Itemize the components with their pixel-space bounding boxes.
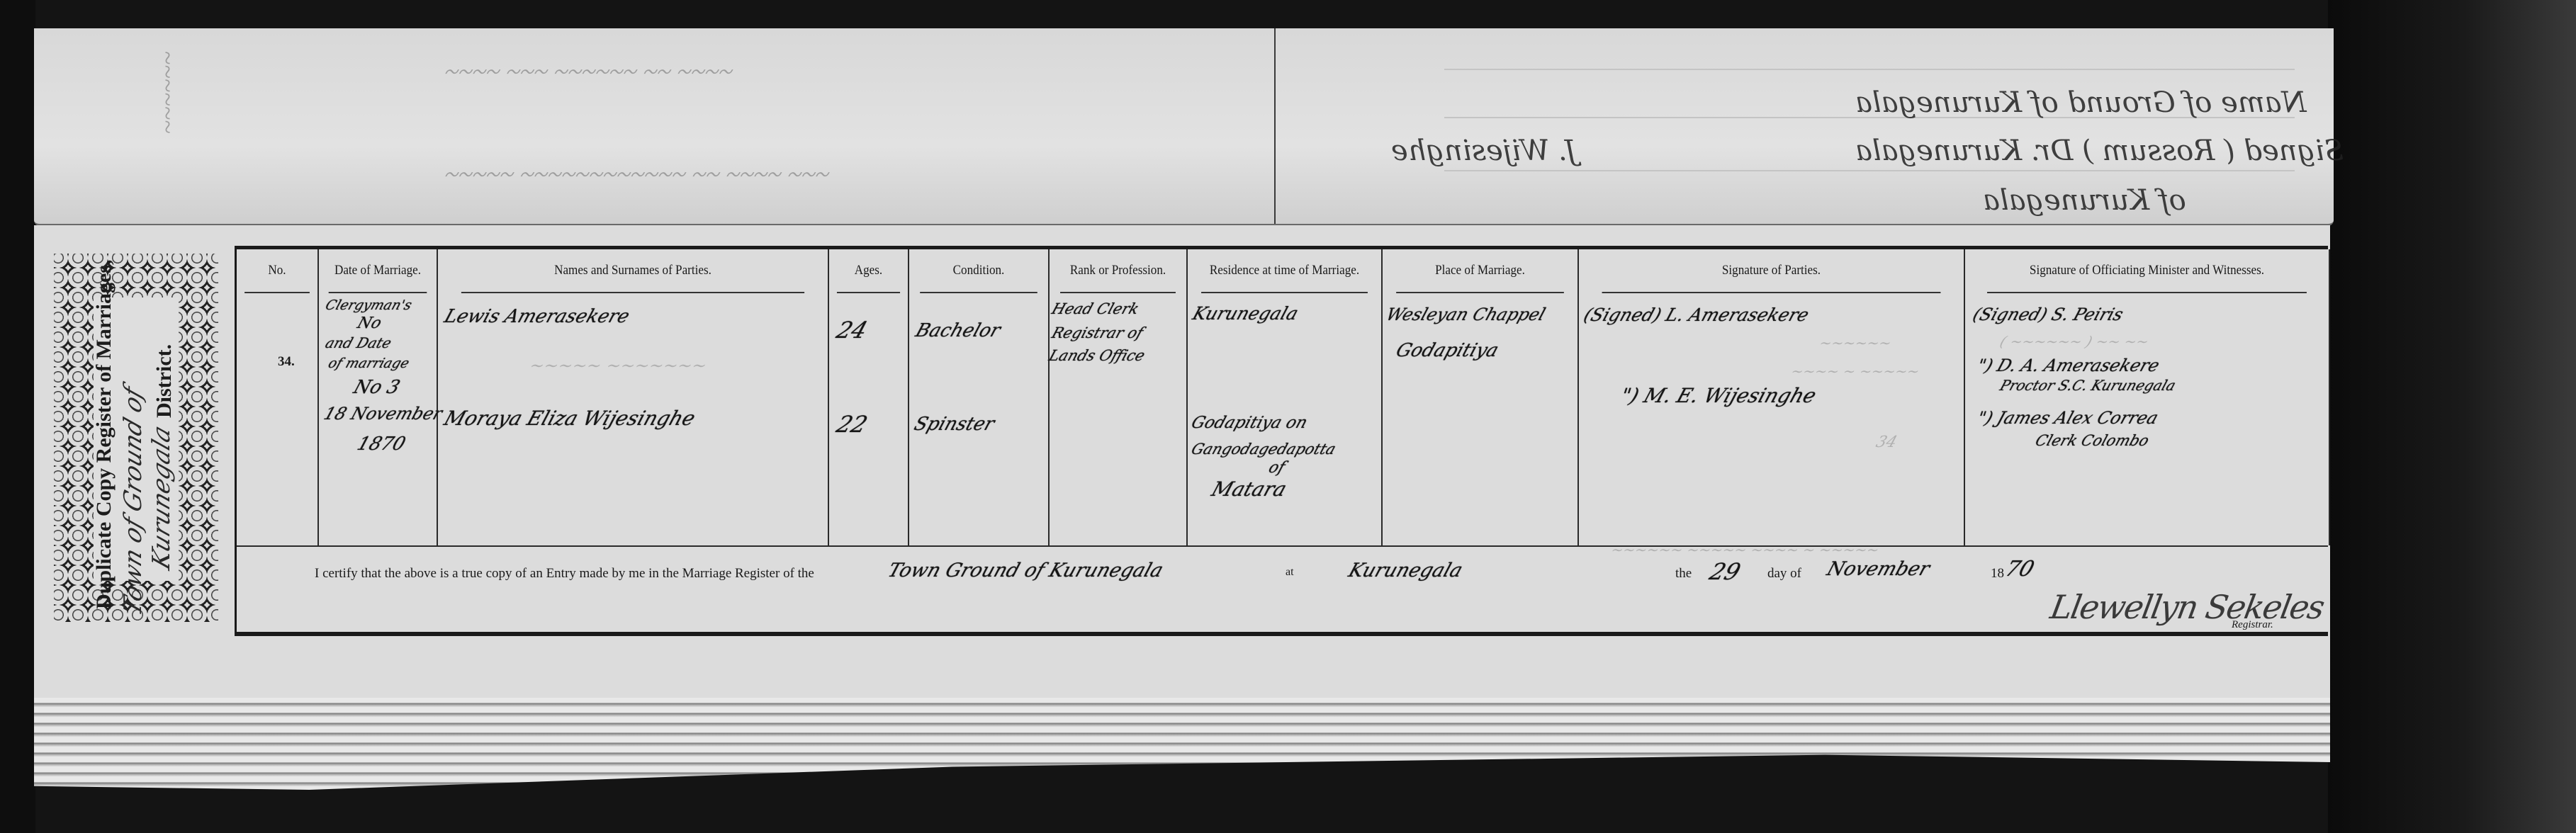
- witness-2-signature: ") James Alex Correa: [1974, 408, 2161, 428]
- faded-text: ~~~~~ ~~~~~~~~~~~~ ~~ ~~~~ ~~~: [439, 159, 835, 189]
- marriage-register-table: No. 34. Date of Marriage. Clergyman's No…: [235, 246, 2328, 636]
- bride-residence: Matara: [1209, 477, 1290, 501]
- cartouche-district: District.: [152, 344, 176, 418]
- column-place: Place of Marriage. Wesleyan Chappel Goda…: [1383, 249, 1579, 545]
- registrar-signature: Llewellyn Sekeles: [2047, 588, 2327, 626]
- groom-profession: Head Clerk: [1050, 300, 1141, 317]
- mirrored-text: Signed ( Rossum ) Dr. Kurunegala: [1855, 135, 2344, 167]
- bleed-through-text: 34: [1874, 433, 1899, 451]
- place-of-marriage: Godapitiya: [1393, 340, 1501, 361]
- groom-signature: (Signed) L. Amerasekere: [1581, 305, 1811, 325]
- witness-1-title: Proctor S.C. Kurunegala: [1998, 377, 2178, 394]
- certification-year-hand: 70: [2002, 557, 2037, 582]
- header-signature-minister: Signature of Officiating Minister and Wi…: [1987, 249, 2307, 293]
- column-signature-minister: Signature of Officiating Minister and Wi…: [1965, 249, 2330, 545]
- header-signature-parties: Signature of Parties.: [1602, 249, 1941, 293]
- column-residence: Residence at time of Marriage. Kurunegal…: [1188, 249, 1383, 545]
- certification-day: 29: [1706, 558, 1744, 585]
- previous-page-fold: Name of Ground of Kurunegala Signed ( Ro…: [34, 28, 2334, 226]
- header-place: Place of Marriage.: [1396, 249, 1564, 293]
- column-names: Names and Surnames of Parties. Lewis Ame…: [438, 249, 829, 545]
- entry-number: 34.: [278, 354, 295, 370]
- certification-the-label: the: [1675, 566, 1692, 582]
- bleed-through-text: ~~~~~~ ~~~~~ ~~~~ ~ ~~~~~: [1609, 541, 1882, 558]
- bleed-through-text: ~~~~ ~ ~~~~~: [1789, 363, 1922, 380]
- cartouche-handwritten-1: Town of Ground of: [119, 383, 147, 620]
- column-ages: Ages. 24 22: [829, 249, 909, 545]
- bleed-through-text: ( ~~~~~~ ) ~~ ~~: [1998, 333, 2151, 350]
- book-cover-right: [2328, 0, 2576, 833]
- bride-residence: Gangodagedapotta: [1189, 441, 1338, 458]
- book-cover-left: [0, 0, 35, 833]
- header-residence: Residence at time of Marriage.: [1201, 249, 1368, 293]
- groom-condition: Bachelor: [913, 320, 1003, 341]
- certification-at-label: at: [1286, 566, 1294, 579]
- header-date: Date of Marriage.: [329, 249, 427, 293]
- column-date: Date of Marriage. Clergyman's No and Dat…: [319, 249, 438, 545]
- groom-age: 24: [833, 317, 871, 344]
- bride-residence: Godapitiya on: [1189, 414, 1310, 432]
- minister-signature: (Signed) S. Peiris: [1970, 305, 2125, 324]
- column-no: No. 34.: [237, 249, 319, 545]
- header-profession: Rank or Profession.: [1060, 249, 1176, 293]
- witness-2-title: Clerk Colombo: [2033, 432, 2152, 449]
- mirrored-text: Name of Ground of Kurunegala: [1855, 86, 2307, 119]
- groom-profession: Lands Office: [1047, 347, 1147, 364]
- registrar-label: Registrar.: [2232, 619, 2273, 631]
- column-signature-parties: Signature of Parties. (Signed) L. Ameras…: [1579, 249, 1965, 545]
- place-of-marriage: Wesleyan Chappel: [1383, 305, 1548, 324]
- page-stack-edges: [34, 698, 2330, 790]
- header-no: No.: [244, 249, 310, 293]
- cartouche-handwritten-2: Kurunegala: [147, 421, 176, 573]
- certification-text: I certify that the above is a true copy …: [315, 566, 814, 582]
- certification-divider: [237, 545, 2328, 547]
- bleed-through-text: ~~~~~ ~~~~~~~: [527, 356, 709, 375]
- certification-day-of-label: day of: [1767, 566, 1801, 582]
- column-profession: Rank or Profession. Head Clerk Registrar…: [1050, 249, 1188, 545]
- witness-1-signature: ") D. A. Amerasekere: [1974, 356, 2161, 375]
- date-note: Clergyman's: [323, 297, 414, 313]
- certification-register-of: Town Ground of Kurunegala: [885, 560, 1166, 582]
- date-note: No 3: [351, 377, 403, 398]
- bride-age: 22: [833, 411, 871, 438]
- groom-name: Lewis Amerasekere: [441, 306, 632, 327]
- column-condition: Condition. Bachelor Spinster: [909, 249, 1050, 545]
- faded-text: ~~~~ ~~~ ~~~~~~ ~~ ~~~~: [439, 57, 738, 86]
- date-note: and Date: [323, 334, 394, 351]
- certification-month: November: [1824, 558, 1933, 580]
- faint-rule: [1444, 170, 2295, 171]
- mirrored-text: of Kurunegala: [1983, 184, 2186, 217]
- date-note: No: [355, 314, 384, 332]
- bleed-through-text: ~~~~~~: [1817, 334, 1894, 351]
- marriage-year: 1870: [354, 433, 408, 455]
- marriage-date: 18 November: [321, 404, 444, 424]
- header-condition: Condition.: [920, 249, 1037, 293]
- mirrored-text: J. Wijesinghe: [1391, 135, 1577, 167]
- groom-residence: Kurunegala: [1190, 303, 1300, 324]
- page-crease: [1274, 28, 1276, 224]
- bride-residence: of: [1266, 459, 1288, 477]
- bride-condition: Spinster: [911, 414, 997, 435]
- bride-name: Moraya Eliza Wijesinghe: [441, 407, 699, 430]
- certification-at-place: Kurunegala: [1346, 560, 1466, 582]
- faded-text: ~~~~~~: [152, 52, 182, 135]
- header-names: Names and Surnames of Parties.: [461, 249, 804, 293]
- date-note: of marriage: [326, 356, 411, 371]
- bride-signature: ") M. E. Wijesinghe: [1618, 384, 1820, 407]
- faint-rule: [1444, 69, 2295, 70]
- cartouche-title: Duplicate Copy Register of Marriages,: [92, 297, 116, 609]
- header-ages: Ages.: [837, 249, 900, 293]
- groom-profession: Registrar of: [1050, 324, 1145, 341]
